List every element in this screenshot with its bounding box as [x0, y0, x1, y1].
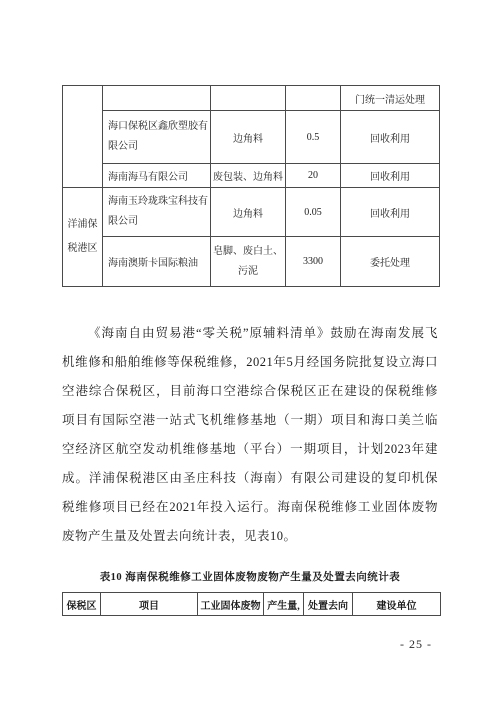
qty-cell: 0.05: [286, 188, 341, 237]
company-cell: 海口保税区鑫欣塑胶有 限公司: [103, 111, 211, 164]
qty-cell: 0.5: [286, 111, 341, 164]
company-cell: 海南玉玲珑珠宝科技有 限公司: [103, 188, 211, 237]
qty-cell: [286, 86, 341, 111]
paragraph-line: 空经济区航空发动机维修基地（平台）一期项目，计划2023年建: [62, 435, 438, 464]
table-row: 海南澳斯卡国际粮油 皂脚、废白土、 污泥 3300 委托处理: [63, 237, 440, 287]
paragraph-line: 废物产生量及处置去向统计表，见表10。: [62, 522, 438, 551]
paragraph-line: 税维修项目已经在2021年投入运行。海南保税维修工业固体废物: [62, 493, 438, 522]
waste-cell: 边角料: [211, 188, 286, 237]
company-cell: [103, 86, 211, 111]
table-row: 门统一清运处理: [63, 86, 440, 111]
disposal-cell: 回收利用: [341, 111, 440, 164]
body-paragraph: 《海南自由贸易港“零关税”原辅料清单》鼓励在海南发展飞 机维修和船舶维修等保税维…: [62, 319, 438, 551]
table-row: 海南海马有限公司 废包装、边角料 20 回收利用: [63, 164, 440, 188]
table-header-row: 保税区 项目 工业固体废物 产生量, 处置去向 建设单位: [63, 593, 441, 616]
disposal-cell: 回收利用: [341, 164, 440, 188]
waste-cell: [211, 86, 286, 111]
paragraph-line: 《海南自由贸易港“零关税”原辅料清单》鼓励在海南发展飞: [62, 319, 438, 348]
zone-cell-empty: [63, 86, 103, 188]
table10-caption: 表10 海南保税维修工业固体废物废物产生量及处置去向统计表: [0, 569, 500, 584]
waste-cell: 边角料: [211, 111, 286, 164]
header-cell-project: 项目: [101, 593, 198, 616]
header-cell-qty: 产生量,: [264, 593, 304, 616]
waste-cell: 废包装、边角料: [211, 164, 286, 188]
document-page: 门统一清运处理 海口保税区鑫欣塑胶有 限公司 边角料 0.5 回收利用 海南海马…: [0, 0, 500, 707]
disposal-cell: 委托处理: [341, 237, 440, 287]
table10-header: 保税区 项目 工业固体废物 产生量, 处置去向 建设单位: [62, 592, 441, 616]
disposal-cell: 回收利用: [341, 188, 440, 237]
company-cell: 海南澳斯卡国际粮油: [103, 237, 211, 287]
waste-table-continued: 门统一清运处理 海口保税区鑫欣塑胶有 限公司 边角料 0.5 回收利用 海南海马…: [62, 85, 440, 287]
company-cell: 海南海马有限公司: [103, 164, 211, 188]
table-row: 海口保税区鑫欣塑胶有 限公司 边角料 0.5 回收利用: [63, 111, 440, 164]
disposal-cell: 门统一清运处理: [341, 86, 440, 111]
paragraph-line: 空港综合保税区，目前海口空港综合保税区正在建设的保税维修: [62, 377, 438, 406]
header-cell-disposal: 处置去向: [304, 593, 353, 616]
table-row: 洋浦保税港区 海南玉玲珑珠宝科技有 限公司 边角料 0.05 回收利用: [63, 188, 440, 237]
paragraph-line: 成。洋浦保税港区由圣庄科技（海南）有限公司建设的复印机保: [62, 464, 438, 493]
paragraph-line: 项目有国际空港一站式飞机维修基地（一期）项目和海口美兰临: [62, 406, 438, 435]
paragraph-line: 机维修和船舶维修等保税维修，2021年5月经国务院批复设立海口: [62, 348, 438, 377]
header-cell-waste: 工业固体废物: [198, 593, 264, 616]
page-number: - 25 -: [62, 637, 438, 652]
qty-cell: 20: [286, 164, 341, 188]
waste-cell: 皂脚、废白土、 污泥: [211, 237, 286, 287]
header-cell-zone: 保税区: [63, 593, 101, 616]
zone-cell: 洋浦保税港区: [63, 188, 103, 287]
header-cell-builder: 建设单位: [353, 593, 441, 616]
qty-cell: 3300: [286, 237, 341, 287]
